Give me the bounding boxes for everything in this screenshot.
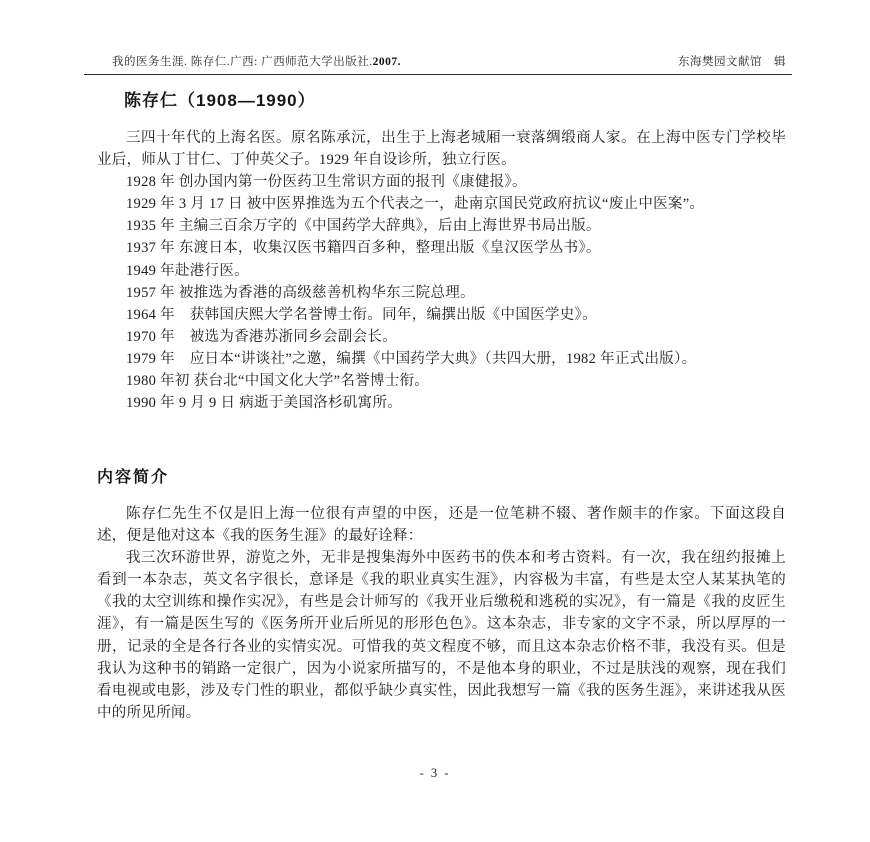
page-header: 我的医务生涯. 陈存仁.广西: 广西师范大学出版社.2007. 东海樊园文献馆 … bbox=[112, 53, 786, 69]
bio-timeline-entry: 1970 年 被选为香港苏浙同乡会副会长。 bbox=[97, 326, 786, 348]
synopsis-section: 陈存仁先生不仅是旧上海一位很有声望的中医，还是一位笔耕不辍、著作颇丰的作家。下面… bbox=[97, 503, 786, 724]
biography-section: 三四十年代的上海名医。原名陈承沅，出生于上海老城厢一衰落绸缎商人家。在上海中医专… bbox=[97, 127, 786, 414]
bio-timeline-entry: 1980 年初 获台北“中国文化大学”名誉博士衔。 bbox=[97, 370, 786, 392]
header-citation: 我的医务生涯. 陈存仁.广西: 广西师范大学出版社.2007. bbox=[112, 53, 401, 69]
section-heading-synopsis: 内容简介 bbox=[97, 464, 169, 487]
bio-timeline-entry: 1964 年 获韩国庆熙大学名誉博士衔。同年，编撰出版《中国医学史》。 bbox=[97, 304, 786, 326]
header-divider bbox=[84, 74, 792, 75]
bio-timeline-entry: 1935 年 主编三百余万字的《中国药学大辞典》，后由上海世界书局出版。 bbox=[97, 215, 786, 237]
bio-timeline-entry: 1937 年 东渡日本，收集汉医书籍四百多种，整理出版《皇汉医学丛书》。 bbox=[97, 237, 786, 259]
header-library-mark: 东海樊园文献馆 辑 bbox=[678, 53, 786, 69]
synopsis-paragraph: 我三次环游世界，游览之外，无非是搜集海外中医药书的佚本和考古资料。有一次，我在纽… bbox=[97, 547, 786, 724]
page-title: 陈存仁（1908—1990） bbox=[124, 86, 316, 111]
header-citation-text: 我的医务生涯. 陈存仁.广西: 广西师范大学出版社. bbox=[112, 56, 373, 68]
bio-timeline-entry: 1990 年 9 月 9 日 病逝于美国洛杉矶寓所。 bbox=[97, 392, 786, 414]
bio-timeline-entry: 1949 年赴港行医。 bbox=[97, 260, 786, 282]
page-number: - 3 - bbox=[0, 766, 870, 781]
bio-timeline-entry: 1929 年 3 月 17 日 被中医界推选为五个代表之一，赴南京国民党政府抗议… bbox=[97, 193, 786, 215]
header-citation-year: 2007. bbox=[373, 56, 401, 68]
bio-timeline-entry: 1979 年 应日本“讲谈社”之邀，编撰《中国药学大典》（共四大册，1982 年… bbox=[97, 348, 786, 370]
bio-paragraph: 三四十年代的上海名医。原名陈承沅，出生于上海老城厢一衰落绸缎商人家。在上海中医专… bbox=[97, 127, 786, 171]
synopsis-paragraph: 陈存仁先生不仅是旧上海一位很有声望的中医，还是一位笔耕不辍、著作颇丰的作家。下面… bbox=[97, 503, 786, 547]
bio-timeline-entry: 1957 年 被推选为香港的高级慈善机构华东三院总理。 bbox=[97, 282, 786, 304]
document-page: 我的医务生涯. 陈存仁.广西: 广西师范大学出版社.2007. 东海樊园文献馆 … bbox=[0, 0, 870, 842]
bio-timeline-entry: 1928 年 创办国内第一份医药卫生常识方面的报刊《康健报》。 bbox=[97, 171, 786, 193]
